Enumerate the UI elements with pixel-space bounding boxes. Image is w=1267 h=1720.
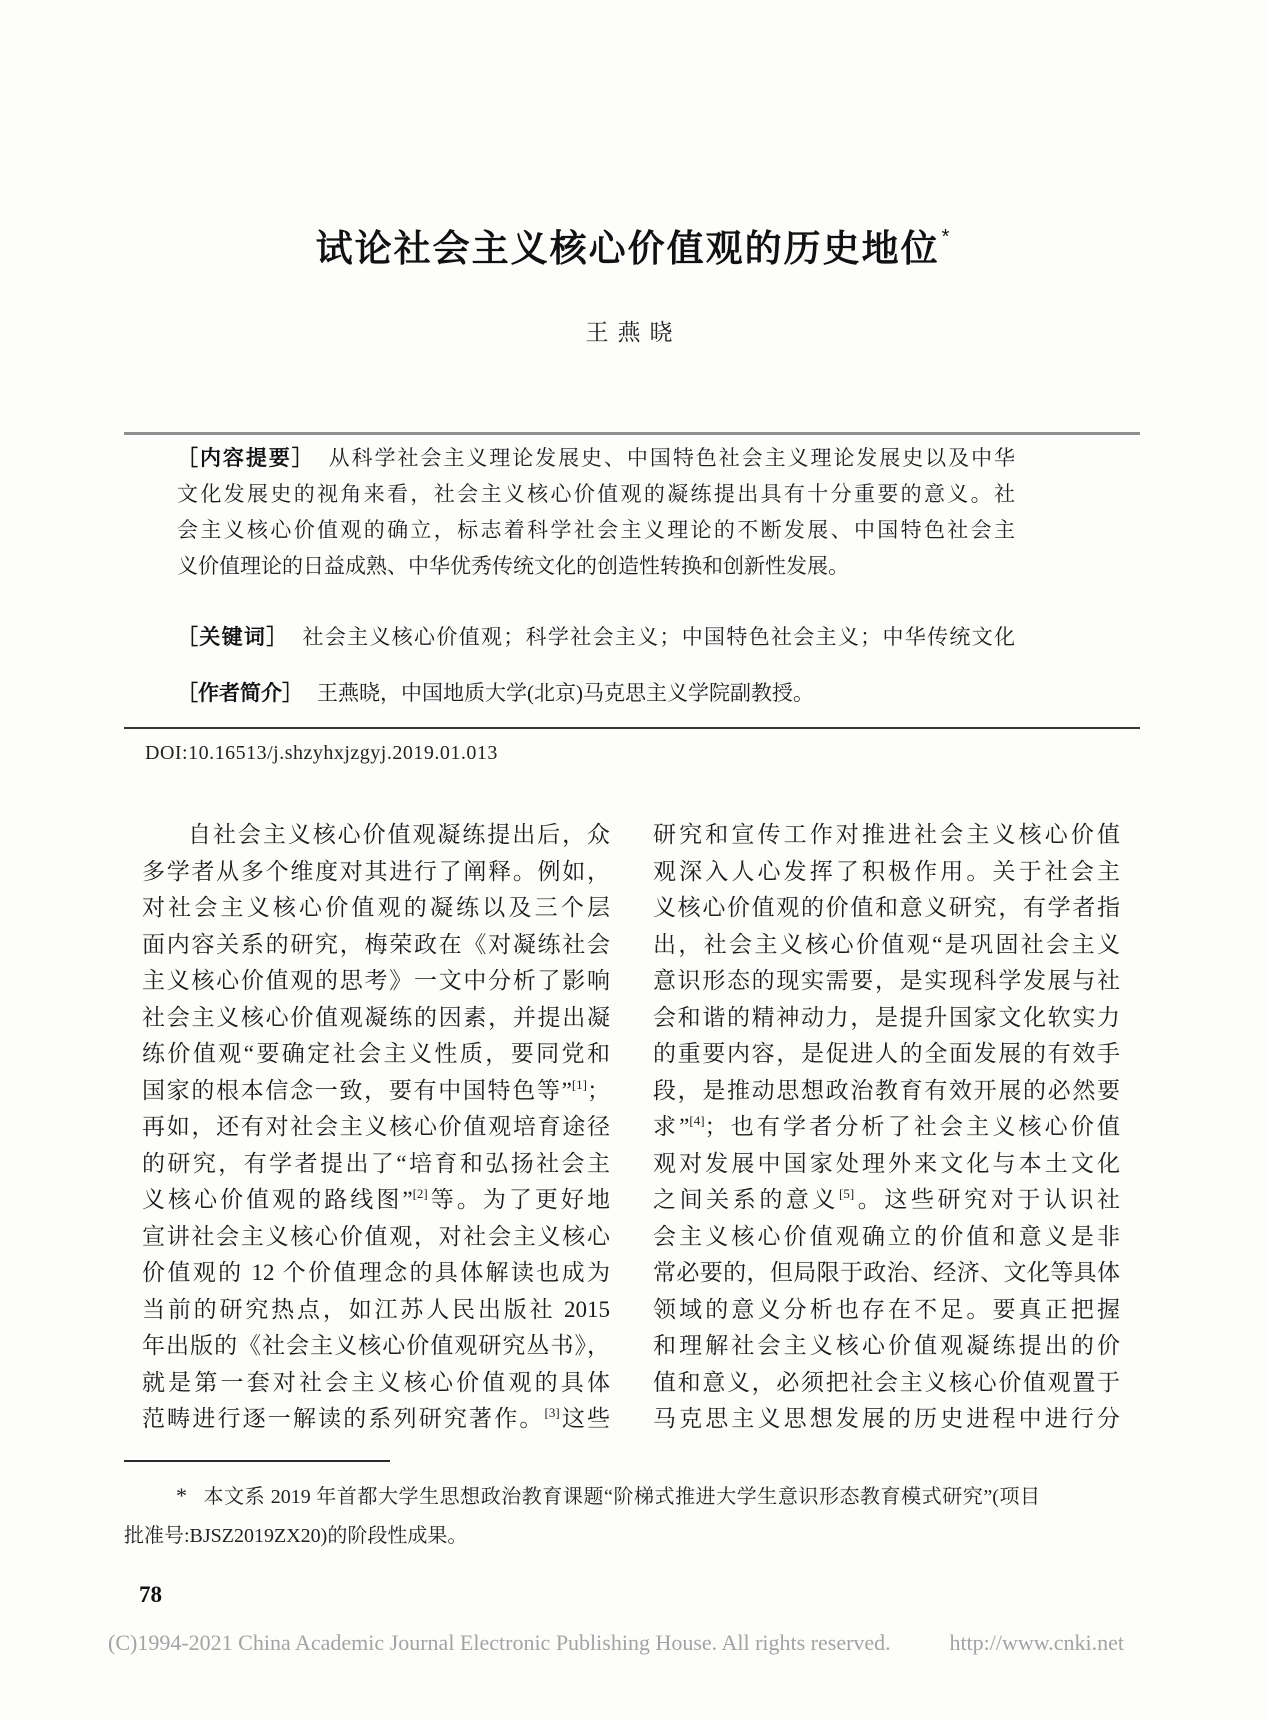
author-bio-label: ［作者简介］	[177, 682, 303, 705]
footer: (C)1994-2021 China Academic Journal Elec…	[108, 1630, 1124, 1656]
body-text-line: 主义核心价值观的思考》一文中分析了影响	[142, 957, 610, 994]
footnote-separator	[124, 1460, 390, 1462]
author-name: 王燕晓	[0, 314, 1267, 347]
body-text-line: 面内容关系的研究，梅荣政在《对凝练社会	[142, 921, 610, 958]
body-text-line: 求”[4]；也有学者分析了社会主义核心价值	[653, 1103, 1120, 1140]
body-text-line: 段，是推动思想政治教育有效开展的必然要	[653, 1067, 1120, 1104]
body-text-line: 的重要内容，是促进人的全面发展的有效手	[653, 1030, 1120, 1067]
body-text-line: 国家的根本信念一致，要有中国特色等”[1]；	[142, 1067, 610, 1104]
body-text-line: 值和意义，必须把社会主义核心价值观置于	[653, 1359, 1120, 1396]
page-number: 78	[139, 1582, 162, 1608]
page-title-text: 试论社会主义核心价值观的历史地位	[316, 228, 940, 269]
author-bio-text: 王燕晓，中国地质大学(北京)马克思主义学院副教授。	[317, 681, 814, 705]
body-text-line: 再如，还有对社会主义核心价值观培育途径	[142, 1103, 610, 1140]
body-text-line: 范畴进行逐一解读的系列研究著作。[3]这些	[142, 1395, 610, 1432]
body-text-line: 宣讲社会主义核心价值观，对社会主义核心	[142, 1213, 610, 1250]
body-text-line: 练价值观“要确定社会主义性质，要同党和	[142, 1030, 610, 1067]
body-text-line: 会和谐的精神动力，是提升国家文化软实力	[653, 994, 1120, 1031]
body-text-line: 多学者从多个维度对其进行了阐释。例如，	[142, 848, 610, 885]
body-text-line: 义核心价值观的价值和意义研究，有学者指	[653, 884, 1120, 921]
body-text-line: 对社会主义核心价值观的凝练以及三个层	[142, 884, 610, 921]
abstract-line: 会主义核心价值观的确立，标志着科学社会主义理论的不断发展、中国特色社会主	[177, 512, 1015, 548]
body-text-line: 会主义核心价值观确立的价值和意义是非	[653, 1213, 1120, 1250]
journal-page: 试论社会主义核心价值观的历史地位* 王燕晓 ［内容提要］从科学社会主义理论发展史…	[0, 0, 1267, 1720]
body-text-line: 意识形态的现实需要，是实现科学发展与社	[653, 957, 1120, 994]
footnote-section: *本文系 2019 年首都大学生思想政治教育课题“阶梯式推进大学生意识形态教育模…	[124, 1475, 1040, 1557]
abstract-line: 义价值理论的日益成熟、中华优秀传统文化的创造性转换和创新性发展。	[177, 548, 1015, 584]
body-column-right: 研究和宣传工作对推进社会主义核心价值 观深入人心发挥了积极作用。关于社会主 义核…	[653, 811, 1120, 1432]
body-text-line: 社会主义核心价值观凝练的因素，并提出凝	[142, 994, 610, 1031]
body-text-line: 当前的研究热点，如江苏人民出版社 2015	[142, 1286, 610, 1323]
body-text-line: 和理解社会主义核心价值观凝练提出的价	[653, 1322, 1120, 1359]
body-text-line: 观深入人心发挥了积极作用。关于社会主	[653, 848, 1120, 885]
body-text-line: 自社会主义核心价值观凝练提出后，众	[142, 811, 610, 848]
page-title: 试论社会主义核心价值观的历史地位*	[0, 218, 1267, 272]
title-footnote-marker: *	[942, 226, 952, 248]
footer-url: http://www.cnki.net	[949, 1630, 1124, 1656]
body-text-line: 价值观的 12 个价值理念的具体解读也成为	[142, 1249, 610, 1286]
body-text-line: 年出版的《社会主义核心价值观研究丛书》，	[142, 1322, 610, 1359]
body-column-left: 自社会主义核心价值观凝练提出后，众 多学者从多个维度对其进行了阐释。例如， 对社…	[142, 811, 610, 1432]
body-text-line: 就是第一套对社会主义核心价值观的具体	[142, 1359, 610, 1396]
body-text-line: 的研究，有学者提出了“培育和弘扬社会主	[142, 1140, 610, 1177]
body-text-line: 之间关系的意义[5]。这些研究对于认识社	[653, 1176, 1120, 1213]
reference-marker: [1]	[572, 1077, 587, 1092]
header-divider	[124, 432, 1140, 435]
keywords-section: ［关键词］社会主义核心价值观；科学社会主义；中国特色社会主义；中华传统文化	[177, 619, 1015, 655]
keywords-text: 社会主义核心价值观；科学社会主义；中国特色社会主义；中华传统文化	[303, 625, 1015, 649]
body-text-line: 研究和宣传工作对推进社会主义核心价值	[653, 811, 1120, 848]
keywords-label: ［关键词］	[177, 626, 289, 649]
doi-text: DOI:10.16513/j.shzyhxjzgyj.2019.01.013	[145, 742, 498, 765]
body-text-line: 常必要的，但局限于政治、经济、文化等具体	[653, 1249, 1120, 1286]
abstract-line: ［内容提要］从科学社会主义理论发展史、中国特色社会主义理论发展史以及中华	[177, 440, 1015, 476]
abstract-section: ［内容提要］从科学社会主义理论发展史、中国特色社会主义理论发展史以及中华 文化发…	[177, 440, 1015, 584]
reference-marker: [5]	[839, 1186, 854, 1201]
footnote-line: 批准号:BJSZ2019ZX20)的阶段性成果。	[124, 1516, 1040, 1557]
footer-copyright: (C)1994-2021 China Academic Journal Elec…	[108, 1630, 891, 1656]
body-text-line: 观对发展中国家处理外来文化与本土文化	[653, 1140, 1120, 1177]
body-text-line: 义核心价值观的路线图”[2]等。为了更好地	[142, 1176, 610, 1213]
author-bio-section: ［作者简介］王燕晓，中国地质大学(北京)马克思主义学院副教授。	[177, 675, 1015, 711]
body-text-line: 出，社会主义核心价值观“是巩固社会主义	[653, 921, 1120, 958]
reference-marker: [4]	[689, 1113, 704, 1128]
reference-marker: [2]	[413, 1186, 428, 1201]
body-text-line: 领域的意义分析也存在不足。要真正把握	[653, 1286, 1120, 1323]
body-text-line: 马克思主义思想发展的历史进程中进行分	[653, 1395, 1120, 1432]
footnote-marker: *	[176, 1483, 187, 1508]
abstract-line: 文化发展史的视角来看，社会主义核心价值观的凝练提出具有十分重要的意义。社	[177, 476, 1015, 512]
reference-marker: [3]	[545, 1405, 560, 1420]
footnote-line: *本文系 2019 年首都大学生思想政治教育课题“阶梯式推进大学生意识形态教育模…	[124, 1475, 1040, 1516]
abstract-label: ［内容提要］	[177, 447, 315, 470]
section-divider	[124, 727, 1140, 729]
